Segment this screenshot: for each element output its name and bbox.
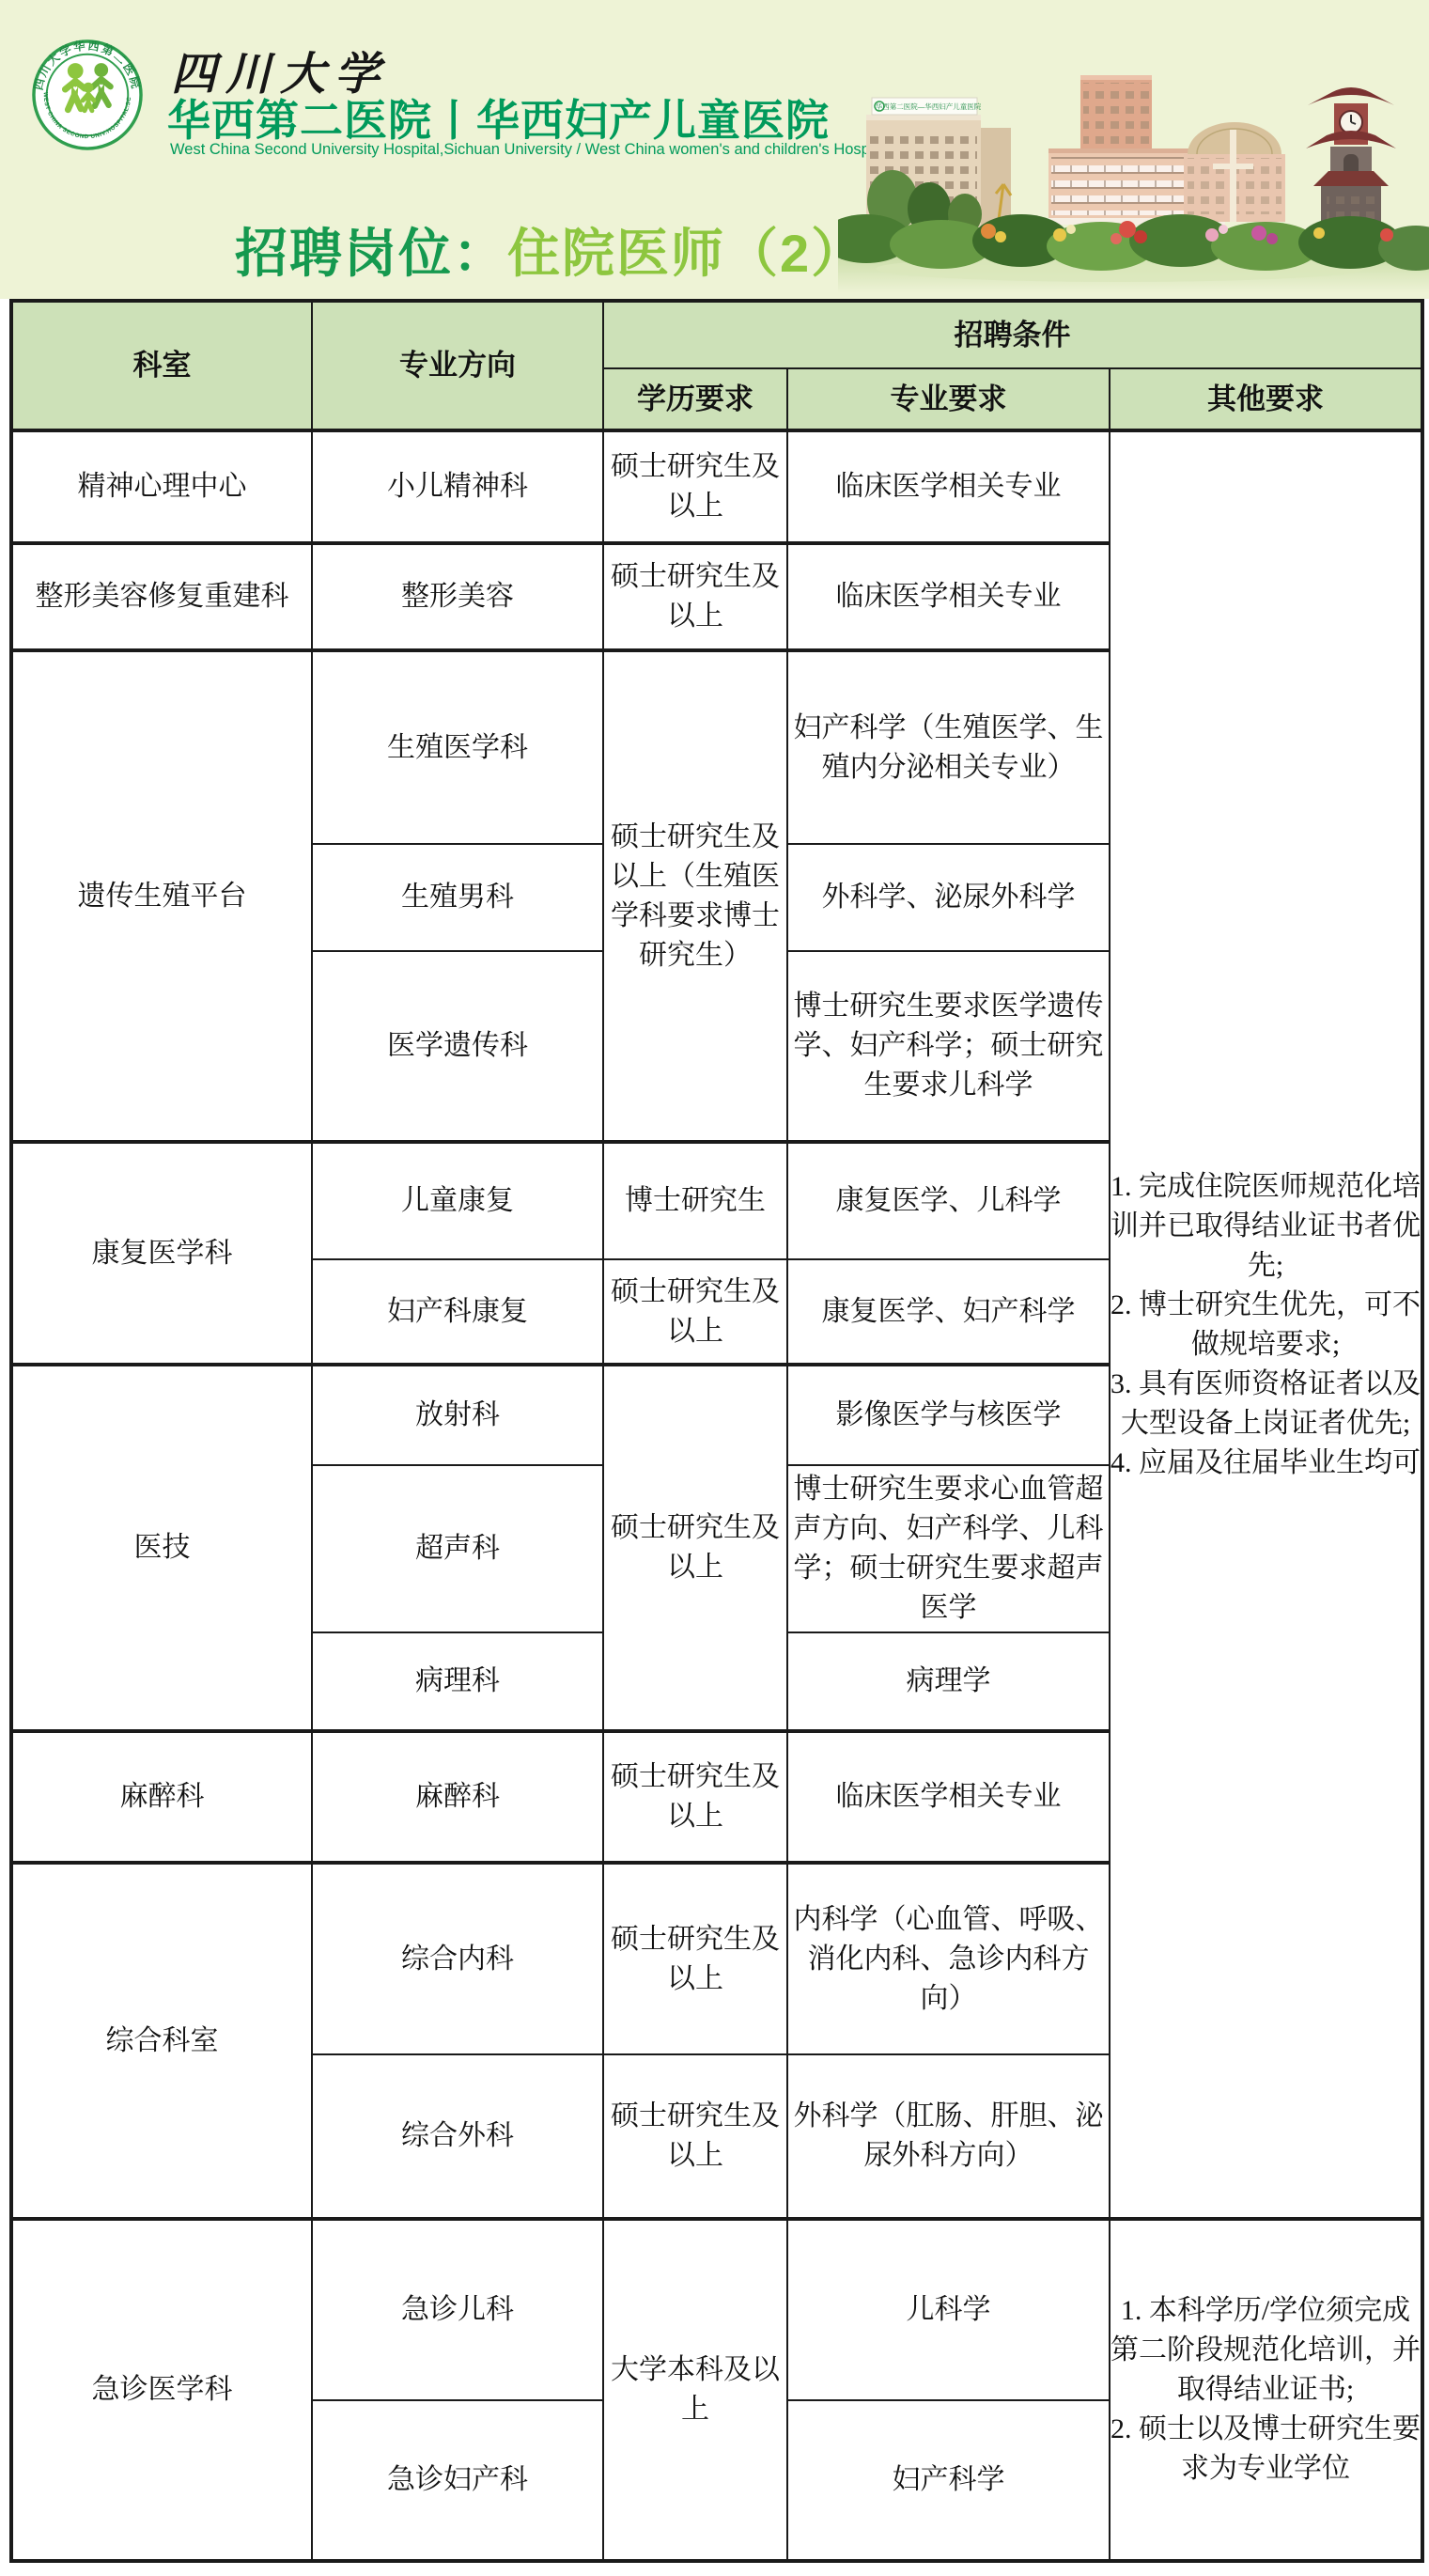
center-tower-building	[1080, 75, 1152, 158]
page-title-label: 招聘岗位：	[235, 224, 507, 283]
major-cell: 临床医学相关专业	[787, 1731, 1110, 1863]
specialty-cell: 综合内科	[312, 1863, 603, 2054]
dept-cell: 遗传生殖平台	[11, 650, 312, 1142]
specialty-cell: 儿童康复	[312, 1142, 603, 1259]
col-header-specialty: 专业方向	[312, 301, 603, 430]
page-title-value: 住院医师（2）	[507, 224, 865, 283]
specialty-cell: 麻醉科	[312, 1731, 603, 1863]
specialty-cell: 整形美容	[312, 543, 603, 650]
recruitment-poster: { "header": { "calligraphy": "四川大学", "ho…	[0, 0, 1429, 2576]
other-requirement-item: 3. 具有医师资格证者以及大型设备上岗证者优先;	[1111, 1365, 1421, 1444]
dept-cell: 麻醉科	[11, 1731, 312, 1863]
education-cell: 硕士研究生及以上（生殖医学科要求博士研究生）	[603, 650, 787, 1142]
major-cell: 外科学（肛肠、肝胆、泌尿外科方向）	[787, 2054, 1110, 2219]
hospital-logo-seal: 四川大学华西第二医院 WEST CHINA SECOND UNIV.HOSPIT…	[32, 39, 143, 150]
col-header-education: 学历要求	[603, 368, 787, 430]
dept-cell: 康复医学科	[11, 1142, 312, 1365]
major-cell: 博士研究生要求医学遗传学、妇产科学；硕士研究生要求儿科学	[787, 951, 1110, 1142]
hospital-logo: 四川大学华西第二医院 WEST CHINA SECOND UNIV.HOSPIT…	[32, 39, 143, 150]
other-requirements-cell: 1. 完成住院医师规范化培训并已取得结业证书者优先; 2. 博士研究生优先，可不…	[1110, 430, 1422, 2219]
other-requirement-item: 2. 硕士以及博士研究生要求为专业学位	[1111, 2410, 1421, 2489]
specialty-cell: 放射科	[312, 1365, 603, 1465]
other-requirement-item: 1. 完成住院医师规范化培训并已取得结业证书者优先;	[1111, 1167, 1421, 1286]
education-cell: 硕士研究生及以上	[603, 543, 787, 650]
specialty-cell: 急诊儿科	[312, 2219, 603, 2400]
hospital-name: 华西第二医院丨华西妇产儿童医院	[167, 86, 830, 148]
major-cell: 临床医学相关专业	[787, 543, 1110, 650]
specialty-cell: 病理科	[312, 1632, 603, 1731]
col-header-conditions: 招聘条件	[603, 301, 1422, 368]
dept-cell: 医技	[11, 1365, 312, 1731]
dept-cell: 精神心理中心	[11, 430, 312, 543]
specialty-cell: 综合外科	[312, 2054, 603, 2219]
other-requirements-cell: 1. 本科学历/学位须完成第二阶段规范化培训，并取得结业证书; 2. 硕士以及博…	[1110, 2219, 1422, 2561]
education-cell: 硕士研究生及以上	[603, 1365, 787, 1731]
dome-building	[1184, 122, 1285, 222]
specialty-cell: 医学遗传科	[312, 951, 603, 1142]
col-header-major: 专业要求	[787, 368, 1110, 430]
rooftop-sign-text: 华西第二医院—华西妇产儿童医院	[876, 101, 982, 111]
dept-cell: 综合科室	[11, 1863, 312, 2219]
col-header-dept: 科室	[11, 301, 312, 430]
education-cell: 硕士研究生及以上	[603, 1259, 787, 1365]
col-header-other: 其他要求	[1110, 368, 1422, 430]
major-cell: 临床医学相关专业	[787, 430, 1110, 543]
specialty-cell: 超声科	[312, 1465, 603, 1632]
major-cell: 影像医学与核医学	[787, 1365, 1110, 1465]
major-cell: 博士研究生要求心血管超声方向、妇产科学、儿科学；硕士研究生要求超声医学	[787, 1465, 1110, 1632]
major-cell: 康复医学、儿科学	[787, 1142, 1110, 1259]
major-cell: 妇产科学	[787, 2400, 1110, 2561]
education-cell: 大学本科及以上	[603, 2219, 787, 2561]
specialty-cell: 生殖男科	[312, 844, 603, 951]
other-requirement-item: 1. 本科学历/学位须完成第二阶段规范化培训，并取得结业证书;	[1111, 2291, 1421, 2410]
major-cell: 内科学（心血管、呼吸、消化内科、急诊内科方向）	[787, 1863, 1110, 2054]
page-title: 招聘岗位：住院医师（2）	[235, 212, 865, 288]
dept-cell: 急诊医学科	[11, 2219, 312, 2561]
other-requirement-item: 2. 博士研究生优先，可不做规培要求;	[1111, 1286, 1421, 1365]
education-cell: 硕士研究生及以上	[603, 2054, 787, 2219]
specialty-cell: 妇产科康复	[312, 1259, 603, 1365]
specialty-cell: 生殖医学科	[312, 650, 603, 844]
major-cell: 病理学	[787, 1632, 1110, 1731]
education-cell: 硕士研究生及以上	[603, 1863, 787, 2054]
specialty-cell: 小儿精神科	[312, 430, 603, 543]
hospital-campus-illustration: 华西第二医院—华西妇产儿童医院	[838, 43, 1429, 293]
specialty-cell: 急诊妇产科	[312, 2400, 603, 2561]
recruitment-table: 科室 专业方向 招聘条件 学历要求 专业要求 其他要求 精神心理中心 小儿精神科…	[9, 299, 1424, 2563]
education-cell: 硕士研究生及以上	[603, 1731, 787, 1863]
rooftop-sign: 华西第二医院—华西妇产儿童医院	[872, 98, 982, 115]
education-cell: 硕士研究生及以上	[603, 430, 787, 543]
major-cell: 外科学、泌尿外科学	[787, 844, 1110, 951]
education-cell: 博士研究生	[603, 1142, 787, 1259]
major-cell: 妇产科学（生殖医学、生殖内分泌相关专业）	[787, 650, 1110, 844]
hospital-name-english: West China Second University Hospital,Si…	[170, 141, 890, 159]
dept-cell: 整形美容修复重建科	[11, 543, 312, 650]
heart-icon: ♥	[73, 84, 78, 93]
heart-icon: ♥	[99, 82, 103, 90]
major-cell: 康复医学、妇产科学	[787, 1259, 1110, 1365]
other-requirement-item: 4. 应届及往届毕业生均可	[1111, 1444, 1421, 1483]
major-cell: 儿科学	[787, 2219, 1110, 2400]
